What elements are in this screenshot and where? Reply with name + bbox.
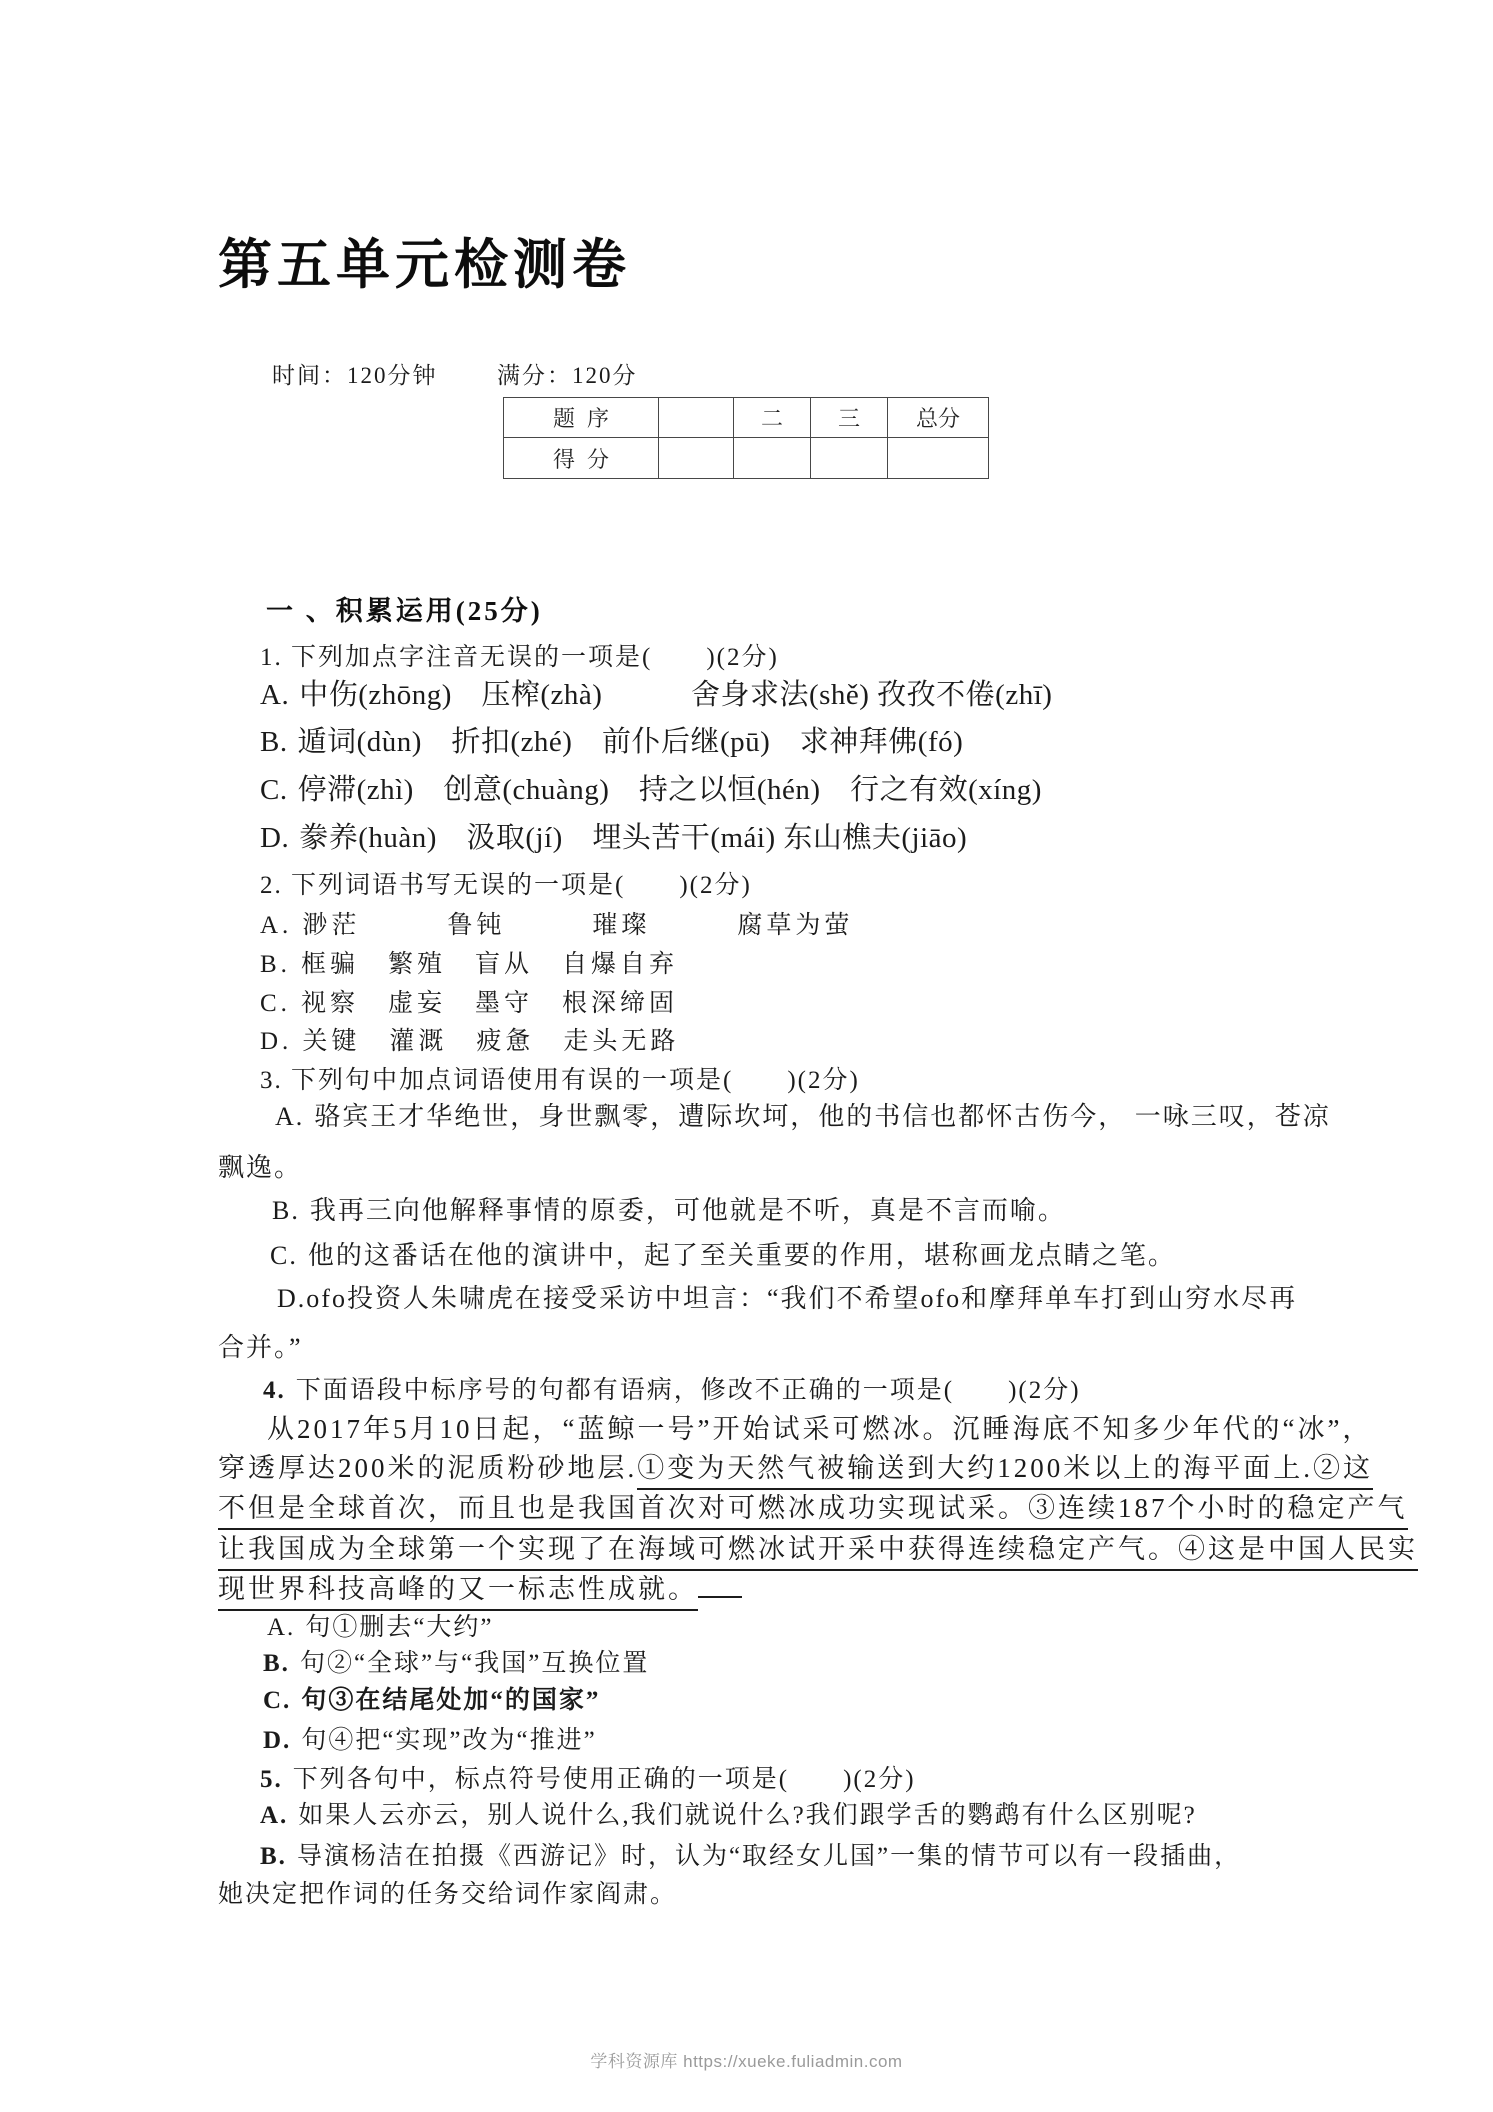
q4-option-b-text: 句②“全球”与“我国”互换位置 <box>300 1650 649 1677</box>
q3-option-d-line2: 合并。” <box>218 1333 303 1363</box>
q3-option-a-text: 骆宾王才华绝世，身世飘零，遭际坎坷，他的书信也都怀古伤今， 一咏三叹，苍凉 <box>314 1102 1331 1131</box>
q5-option-b-line2: 她决定把作词的任务交给词作家阎肃。 <box>218 1881 677 1910</box>
exam-paper-page: 第五单元检测卷 时间：120分钟 满分：120分 题序 二 三 总分 得分 一 … <box>0 0 1493 2112</box>
q4-option-a-text: 句①删去“大约” <box>305 1614 493 1641</box>
q3-option-d-letter: D. <box>277 1284 306 1313</box>
q5-stem-number: 5. <box>260 1766 283 1793</box>
score-table-cell <box>659 398 734 438</box>
q3-option-d-text: ofo投资人朱啸虎在接受采访中坦言：“我们不希望ofo和摩拜单车打到山穷水尽再 <box>306 1284 1297 1313</box>
q4-option-c-text: 句③在结尾处加“的国家” <box>301 1687 600 1714</box>
q3-option-c-text: 他的这番话在他的演讲中，起了至关重要的作用，堪称画龙点睛之笔。 <box>308 1241 1176 1270</box>
q5-option-b-line1: B.导演杨洁在拍摄《西游记》时，认为“取经女儿国”一集的情节可以有一段插曲， <box>260 1843 1241 1872</box>
q4-option-b-letter: B. <box>263 1650 290 1677</box>
q1-option-c-text: 停滞(zhì) 创意(chuàng) 持之以恒(hén) 行之有效(xíng) <box>298 774 1042 806</box>
q1-option-d: D.豢养(huàn) 汲取(jí) 埋头苦干(mái) 东山樵夫(jiāo) <box>260 822 967 855</box>
q2-option-b-letter: B. <box>260 951 291 978</box>
score-table-cell: 三 <box>811 398 888 438</box>
q4-passage-line-4: 让我国成为全球第一个实现了在海域可燃冰试开采中获得连续稳定产气。④这是中国人民实 <box>218 1534 1418 1565</box>
score-table: 题序 二 三 总分 得分 <box>503 397 989 479</box>
q1-option-d-text: 豢养(huàn) 汲取(jí) 埋头苦干(mái) 东山樵夫(jiāo) <box>299 822 967 854</box>
q1-option-b-letter: B. <box>260 726 288 758</box>
q1-option-b: B.遁词(dùn) 折扣(zhé) 前仆后继(pū) 求神拜佛(fó) <box>260 726 963 759</box>
q3-option-a-line1: A.骆宾王才华绝世，身世飘零，遭际坎坷，他的书信也都怀古伤今， 一咏三叹，苍凉 <box>275 1102 1331 1132</box>
q4-passage-line-3-underlined: 不但是全球首次，而且也是我国首次对可燃冰成功实现试采。③连续187个小时的稳定产… <box>218 1493 1408 1530</box>
q1-option-a-letter: A. <box>260 679 289 711</box>
q3-option-b: B.我再三向他解释事情的原委，可他就是不听，真是不言而喻。 <box>272 1196 1066 1226</box>
score-table-cell: 二 <box>734 398 811 438</box>
q1-option-a: A.中伤(zhōng) 压榨(zhà) 舍身求法(shě) 孜孜不倦(zhī) <box>260 679 1052 712</box>
q3-stem: 3. 下列句中加点词语使用有误的一项是( )(2分) <box>260 1067 860 1096</box>
q4-option-c-letter: C. <box>263 1687 291 1714</box>
q5-option-a-letter: A. <box>260 1802 288 1829</box>
score-table-cell <box>888 438 989 479</box>
q3-option-c-letter: C. <box>270 1241 298 1270</box>
q4-option-b: B.句②“全球”与“我国”互换位置 <box>263 1650 649 1679</box>
q2-option-a: A.渺茫 鲁钝 璀璨 腐草为萤 <box>260 912 853 941</box>
score-table-score-row: 得分 <box>504 438 989 479</box>
q1-option-a-text: 中伤(zhōng) 压榨(zhà) 舍身求法(shě) 孜孜不倦(zhī) <box>299 679 1052 711</box>
time-label: 时间：120分钟 <box>272 363 438 389</box>
q5-option-a: A.如果人云亦云，别人说什么,我们就说什么?我们跟学舌的鹦鹉有什么区别呢? <box>260 1802 1197 1831</box>
q4-passage-line-2-underlined: ①变为天然气被输送到大约1200米以上的海平面上.②这 <box>637 1453 1373 1490</box>
q5-option-b-text: 导演杨洁在拍摄《西游记》时，认为“取经女儿国”一集的情节可以有一段插曲， <box>297 1843 1241 1870</box>
q2-option-d: D.关键 灌溉 疲惫 走头无路 <box>260 1028 679 1057</box>
q4-option-a-letter: A. <box>267 1614 295 1641</box>
q4-passage-line-2-plain: 穿透厚达200米的泥质粉砂地层. <box>218 1453 637 1483</box>
q3-option-a-line2: 飘逸。 <box>218 1153 302 1183</box>
exam-title: 第五单元检测卷 <box>218 234 631 296</box>
q4-option-d: D.句④把“实现”改为“推进” <box>263 1727 597 1756</box>
q2-option-a-letter: A. <box>260 912 292 939</box>
q4-passage-line-1: 从2017年5月10日起，“蓝鲸一号”开始试采可燃冰。沉睡海底不知多少年代的“冰… <box>267 1414 1372 1445</box>
score-table-cell: 总分 <box>888 398 989 438</box>
q2-option-c: C.视察 虚妄 墨守 根深缔固 <box>260 990 678 1019</box>
q2-option-b: B.框骗 繁殖 盲从 自爆自弃 <box>260 951 678 980</box>
q4-option-a: A.句①删去“大约” <box>267 1614 494 1643</box>
q3-option-d-line1: D.ofo投资人朱啸虎在接受采访中坦言：“我们不希望ofo和摩拜单车打到山穷水尽… <box>277 1284 1297 1314</box>
score-table-header-row: 题序 二 三 总分 <box>504 398 989 438</box>
q2-option-a-text: 渺茫 鲁钝 璀璨 腐草为萤 <box>302 912 853 939</box>
q1-option-d-letter: D. <box>260 822 289 854</box>
footer-text: 学科资源库 https://xueke.fuliadmin.com <box>0 2052 1493 2072</box>
q2-option-d-text: 关键 灌溉 疲惫 走头无路 <box>302 1028 679 1055</box>
q4-passage-line-2: 穿透厚达200米的泥质粉砂地层.①变为天然气被输送到大约1200米以上的海平面上… <box>218 1453 1373 1484</box>
score-table-cell <box>659 438 734 479</box>
q3-option-c: C.他的这番话在他的演讲中，起了至关重要的作用，堪称画龙点睛之笔。 <box>270 1241 1176 1271</box>
q2-option-b-text: 框骗 繁殖 盲从 自爆自弃 <box>301 951 678 978</box>
q1-option-c: C.停滞(zhì) 创意(chuàng) 持之以恒(hén) 行之有效(xíng… <box>260 774 1042 807</box>
score-table-label-cell: 得分 <box>504 438 659 479</box>
q4-passage-line-5-underlined: 现世界科技高峰的又一标志性成就。 <box>218 1574 698 1611</box>
q2-option-c-text: 视察 虚妄 墨守 根深缔固 <box>301 990 678 1017</box>
full-score-label: 满分：120分 <box>497 363 638 389</box>
score-table-cell <box>811 438 888 479</box>
q5-stem-text: 下列各句中，标点符号使用正确的一项是( )(2分) <box>293 1766 916 1793</box>
q4-stem: 4.下面语段中标序号的句都有语病，修改不正确的一项是( )(2分) <box>263 1377 1081 1406</box>
q4-passage-line-4-underlined: 让我国成为全球第一个实现了在海域可燃冰试开采中获得连续稳定产气。④这是中国人民实 <box>218 1534 1418 1571</box>
q2-stem: 2. 下列词语书写无误的一项是( )(2分) <box>260 872 752 901</box>
q5-stem: 5.下列各句中，标点符号使用正确的一项是( )(2分) <box>260 1766 916 1795</box>
q4-option-d-text: 句④把“实现”改为“推进” <box>301 1727 596 1754</box>
q4-passage-line-3: 不但是全球首次，而且也是我国首次对可燃冰成功实现试采。③连续187个小时的稳定产… <box>218 1493 1408 1524</box>
q1-option-b-text: 遁词(dùn) 折扣(zhé) 前仆后继(pū) 求神拜佛(fó) <box>298 726 964 758</box>
section-1-heading: 一 、积累运用(25分) <box>266 596 543 627</box>
q3-option-b-text: 我再三向他解释事情的原委，可他就是不听，真是不言而喻。 <box>310 1196 1066 1225</box>
score-table-label-cell: 题序 <box>504 398 659 438</box>
q4-option-d-letter: D. <box>263 1727 291 1754</box>
q4-stem-number: 4. <box>263 1377 286 1404</box>
q1-option-c-letter: C. <box>260 774 288 806</box>
q4-passage-line-5: 现世界科技高峰的又一标志性成就。 <box>218 1574 742 1605</box>
score-table-cell <box>734 438 811 479</box>
q2-option-d-letter: D. <box>260 1028 292 1055</box>
q3-option-a-letter: A. <box>275 1102 304 1131</box>
q5-option-a-text: 如果人云亦云，别人说什么,我们就说什么?我们跟学舌的鹦鹉有什么区别呢? <box>298 1802 1196 1829</box>
q4-stem-text: 下面语段中标序号的句都有语病，修改不正确的一项是( )(2分) <box>296 1377 1081 1404</box>
q4-passage-underline-tail <box>698 1591 742 1598</box>
q2-option-c-letter: C. <box>260 990 291 1017</box>
q1-stem: 1. 下列加点字注音无误的一项是( )(2分) <box>260 644 779 673</box>
q5-option-b-letter: B. <box>260 1843 287 1870</box>
q3-option-b-letter: B. <box>272 1196 300 1225</box>
q4-option-c: C.句③在结尾处加“的国家” <box>263 1687 600 1716</box>
